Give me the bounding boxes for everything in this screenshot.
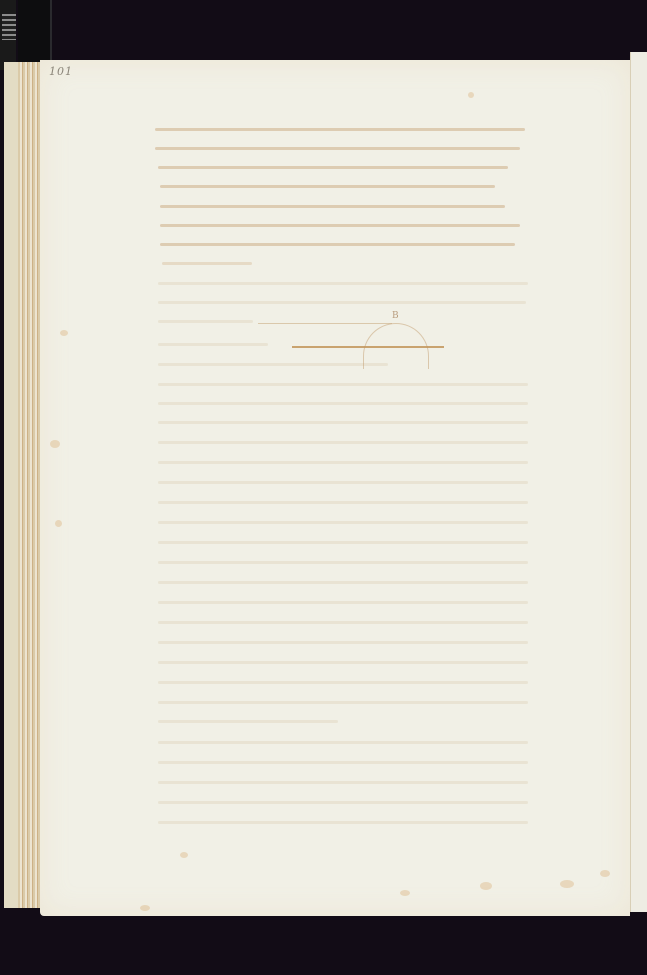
diagram-upper-line: [258, 323, 392, 324]
scanner-clip-bar: [18, 0, 52, 68]
right-page-edge: [630, 52, 647, 912]
diagram-label: B: [392, 311, 399, 321]
scanner-clip: [0, 0, 16, 70]
clip-label: [2, 14, 16, 40]
manuscript-page: [40, 60, 630, 916]
folio-number: 101: [49, 65, 73, 78]
